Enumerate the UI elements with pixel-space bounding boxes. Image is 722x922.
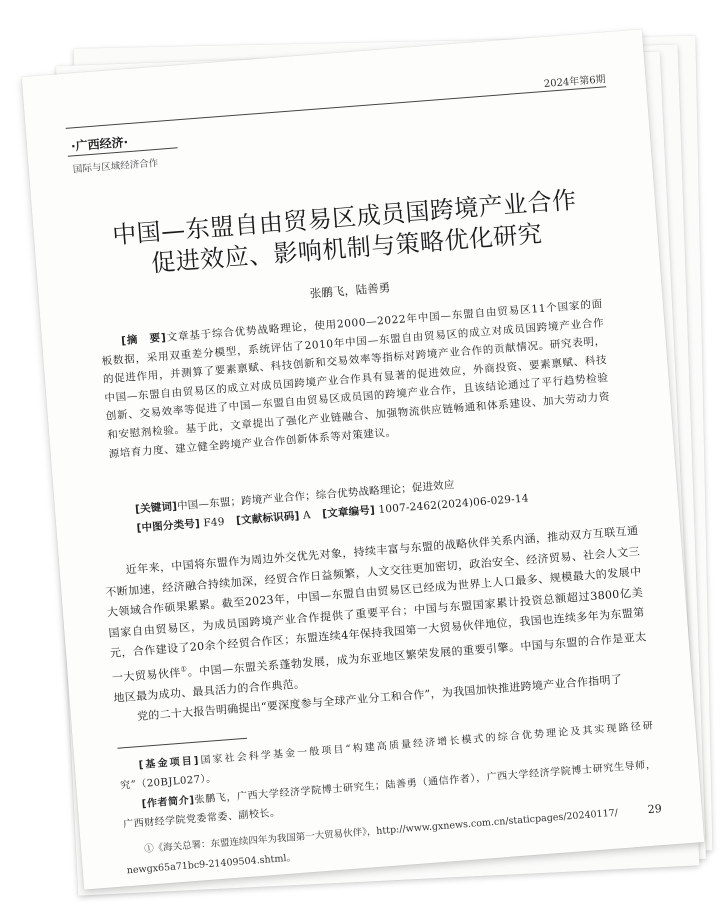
footnote-rule — [117, 738, 247, 749]
doc-code-label: [文献标识码] — [236, 510, 300, 527]
keywords-label: [关键词] — [135, 500, 178, 515]
abstract-label: [摘 要] — [121, 332, 167, 347]
page-number: 29 — [647, 802, 662, 816]
clc-label: [中图分类号] — [136, 518, 200, 535]
paper-stack: 2024年第6期 ·广西经济· 国际与区域经济合作 中国—东盟自由贸易区成员国跨… — [0, 0, 722, 922]
abstract-text: 文章基于综合优势战略理论，使用2000—2022年中国—东盟自由贸易区11个国家… — [101, 298, 610, 460]
header-rule — [66, 86, 606, 129]
doc-code-value: A — [303, 509, 312, 522]
abstract: [摘 要]文章基于综合优势战略理论，使用2000—2022年中国—东盟自由贸易区… — [100, 295, 613, 463]
column-subtitle: 国际与区域经济合作 — [72, 155, 158, 176]
journal-page: 2024年第6期 ·广西经济· 国际与区域经济合作 中国—东盟自由贸易区成员国跨… — [22, 29, 705, 889]
clc-value: F49 — [203, 516, 225, 530]
fund-label: [基金项目] — [138, 755, 199, 771]
article-no-label: [文章编号] — [322, 504, 376, 520]
bio-label: [作者简介] — [141, 795, 195, 810]
